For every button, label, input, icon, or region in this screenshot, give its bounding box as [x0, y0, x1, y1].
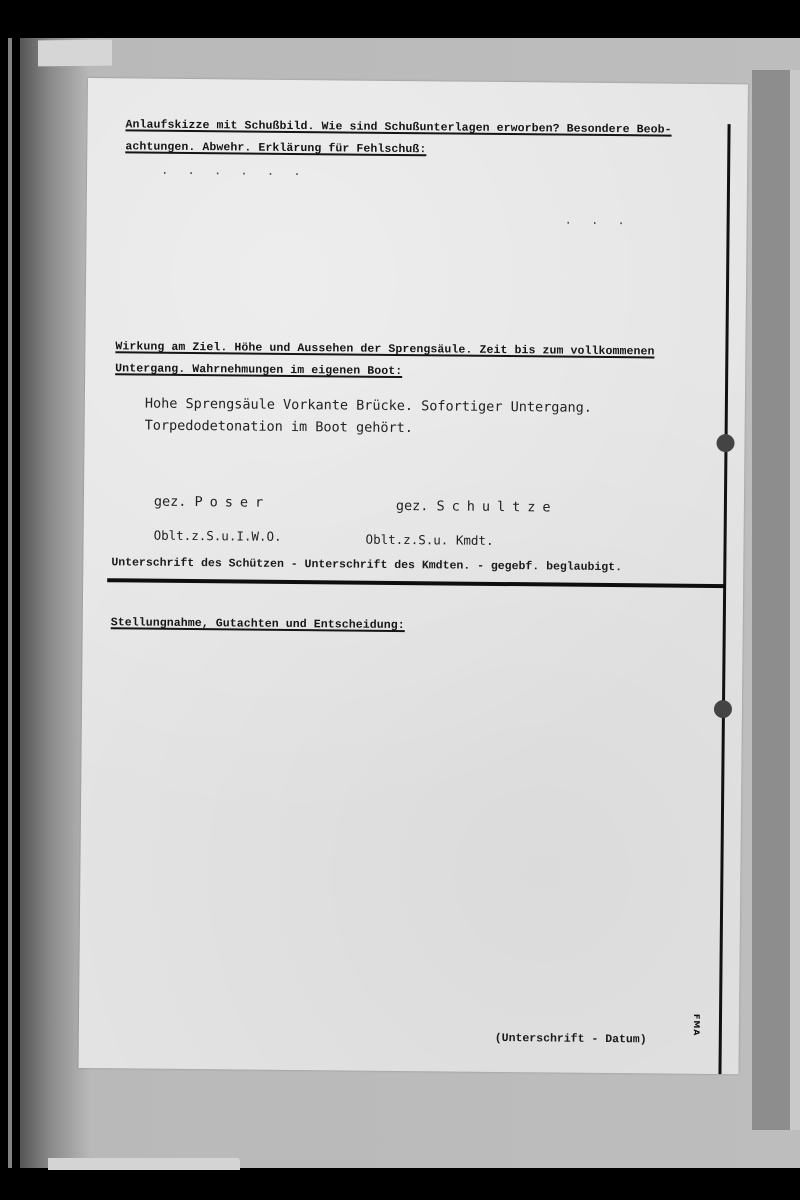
section3-heading: Stellungnahme, Gutachten und Entscheidun… [111, 612, 405, 637]
film-edge-right [790, 70, 800, 1130]
section1-marks: . . . . . . [161, 163, 307, 178]
document-page: Anlaufskizze mit Schußbild. Wie sind Sch… [78, 78, 747, 1074]
section1-heading-line2: achtungen. Abwehr. Erklärung für Fehlsch… [125, 136, 426, 161]
signature-date-caption: (Unterschrift - Datum) [495, 1032, 647, 1046]
signature-left-name: Poser [195, 494, 271, 511]
underlying-sheet-tab-bottom [48, 1158, 240, 1170]
signature-caption: Unterschrift des Schützen - Unterschrift… [111, 556, 622, 574]
section2-body-line2: Torpedodetonation im Boot gehört. [145, 415, 413, 440]
film-edge-left [8, 38, 12, 1168]
section-divider [107, 578, 725, 588]
binding-strip [752, 70, 790, 1130]
signature-left-prefix: gez. [154, 494, 187, 510]
section2-heading-line2: Untergang. Wahrnehmungen im eigenen Boot… [115, 358, 402, 383]
signature-right-rank: Oblt.z.S.u. Kmdt. [365, 529, 493, 552]
signature-right-name: Schultze [436, 498, 557, 515]
signature-right: gez. Schultze [396, 495, 558, 519]
punch-hole-upper [716, 434, 734, 452]
signature-right-prefix: gez. [396, 498, 429, 514]
punch-hole-lower [714, 700, 732, 718]
signature-left-rank: Oblt.z.S.u.I.W.O. [154, 525, 282, 548]
margin-rule [718, 124, 730, 1074]
underlying-sheet-tab-top [38, 40, 112, 67]
signature-left: gez. Poser [154, 491, 271, 514]
archive-stamp: FMA [692, 1014, 701, 1037]
scanned-document-viewer: Anlaufskizze mit Schußbild. Wie sind Sch… [0, 0, 800, 1200]
section1-marks-right: . . . [565, 213, 631, 228]
